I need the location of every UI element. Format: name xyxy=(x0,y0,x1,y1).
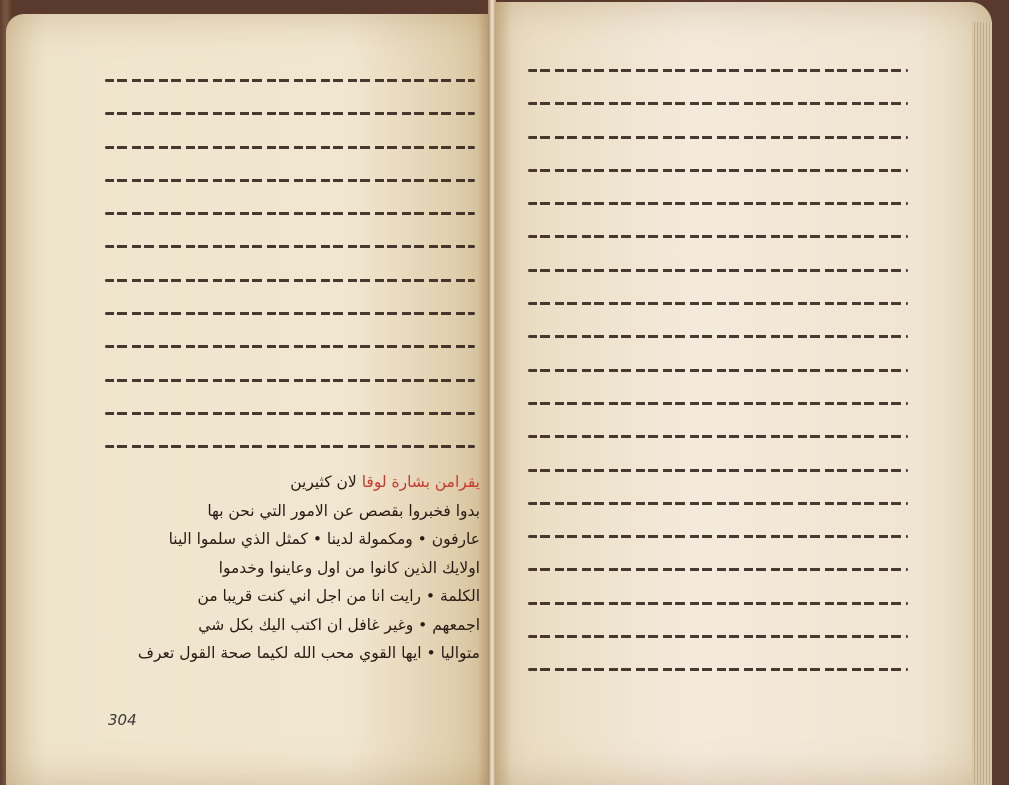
syriac-line xyxy=(528,195,908,212)
syriac-line xyxy=(105,139,475,156)
syriac-line xyxy=(105,338,475,355)
arabic-text-block: يقرامن بشارة لوقا لان كثيرينبدوا فخبروا … xyxy=(100,468,480,668)
syriac-line xyxy=(528,628,908,645)
syriac-line xyxy=(528,495,908,512)
page-edges xyxy=(972,22,992,785)
arabic-line: يقرامن بشارة لوقا لان كثيرين xyxy=(100,468,480,497)
syriac-line xyxy=(528,95,908,112)
manuscript-spread: يقرامن بشارة لوقا لان كثيرينبدوا فخبروا … xyxy=(0,0,1009,785)
arabic-line-text: اجمعهم • وغير غافل ان اكتب اليك بكل شي xyxy=(198,616,480,634)
syriac-line xyxy=(528,428,908,445)
arabic-line-text: عارفون • ومكمولة لدينا • كمثل الذي سلموا… xyxy=(169,530,480,548)
syriac-line xyxy=(105,272,475,289)
right-syriac-text-block xyxy=(528,62,908,695)
syriac-line xyxy=(105,305,475,322)
arabic-line: اجمعهم • وغير غافل ان اكتب اليك بكل شي xyxy=(100,611,480,640)
arabic-line: اولايك الذين كانوا من اول وعاينوا وخدموا xyxy=(100,554,480,583)
syriac-line xyxy=(105,405,475,422)
syriac-line xyxy=(105,105,475,122)
syriac-line xyxy=(105,72,475,89)
syriac-line xyxy=(528,295,908,312)
syriac-line xyxy=(105,172,475,189)
syriac-line xyxy=(528,262,908,279)
syriac-line xyxy=(528,595,908,612)
left-syriac-text-block xyxy=(105,72,475,472)
syriac-line xyxy=(528,62,908,79)
syriac-line xyxy=(528,462,908,479)
rubric-heading: يقرامن بشارة لوقا xyxy=(357,473,480,491)
syriac-line xyxy=(528,395,908,412)
syriac-line xyxy=(105,205,475,222)
arabic-line: عارفون • ومكمولة لدينا • كمثل الذي سلموا… xyxy=(100,525,480,554)
syriac-line xyxy=(105,372,475,389)
syriac-line xyxy=(528,661,908,678)
syriac-line xyxy=(105,438,475,455)
arabic-line: متواليا • ايها القوي محب الله لكيما صحة … xyxy=(100,639,480,668)
syriac-line xyxy=(528,362,908,379)
arabic-line-text: لان كثيرين xyxy=(290,473,357,491)
syriac-line xyxy=(528,328,908,345)
arabic-line-text: متواليا • ايها القوي محب الله لكيما صحة … xyxy=(138,644,480,662)
book-gutter xyxy=(488,0,496,785)
arabic-line-text: اولايك الذين كانوا من اول وعاينوا وخدموا xyxy=(219,559,480,577)
syriac-line xyxy=(528,129,908,146)
arabic-line: بدوا فخبروا بقصص عن الامور التي نحن بها xyxy=(100,497,480,526)
arabic-line: الكلمة • رايت انا من اجل اني كنت قريبا م… xyxy=(100,582,480,611)
arabic-line-text: الكلمة • رايت انا من اجل اني كنت قريبا م… xyxy=(198,587,480,605)
syriac-line xyxy=(528,528,908,545)
syriac-line xyxy=(528,228,908,245)
syriac-line xyxy=(105,238,475,255)
syriac-line xyxy=(528,561,908,578)
syriac-line xyxy=(528,162,908,179)
arabic-line-text: بدوا فخبروا بقصص عن الامور التي نحن بها xyxy=(207,502,480,520)
folio-number: 304 xyxy=(108,711,137,729)
